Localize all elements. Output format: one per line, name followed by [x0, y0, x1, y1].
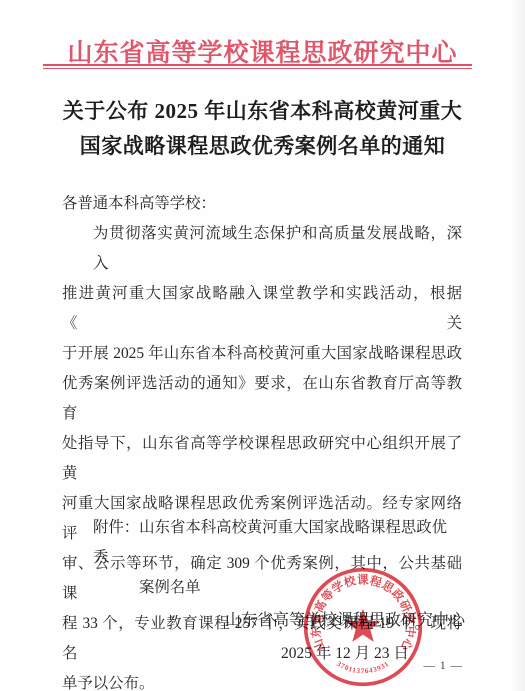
page-number: — 1 —	[424, 660, 464, 672]
letterhead-divider	[43, 64, 472, 69]
official-seal: 山东省高等学校课程思政研究中心 3701137643931	[302, 566, 424, 688]
document-title-line-1: 关于公布 2025 年山东省本科高校黄河重大	[0, 94, 525, 129]
attachment-line-1: 附件：山东省本科高校黄河重大国家战略课程思政优秀	[62, 513, 462, 573]
body-line: 推进黄河重大国家战略融入课堂教学和实践活动，根据《关	[62, 279, 462, 339]
seal-star-icon	[346, 609, 381, 642]
body-line: 为贯彻落实黄河流域生态保护和高质量发展战略，深入	[62, 219, 462, 279]
seal-serial-number: 3701137643931	[335, 659, 391, 675]
document-title: 关于公布 2025 年山东省本科高校黄河重大 国家战略课程思政优秀案例名单的通知	[0, 94, 525, 164]
document-title-line-2: 国家战略课程思政优秀案例名单的通知	[0, 129, 525, 164]
body-line: 处指导下，山东省高等学校课程思政研究中心组织开展了黄	[62, 429, 462, 489]
document-page: 山东省高等学校课程思政研究中心 关于公布 2025 年山东省本科高校黄河重大 国…	[0, 0, 525, 691]
salutation: 各普通本科高等学校：	[62, 189, 462, 219]
body-line: 优秀案例评选活动的通知》要求，在山东省教育厅高等教育	[62, 369, 462, 429]
svg-text:3701137643931: 3701137643931	[335, 659, 391, 675]
body-line: 于开展 2025 年山东省本科高校黄河重大国家战略课程思政	[62, 339, 462, 369]
